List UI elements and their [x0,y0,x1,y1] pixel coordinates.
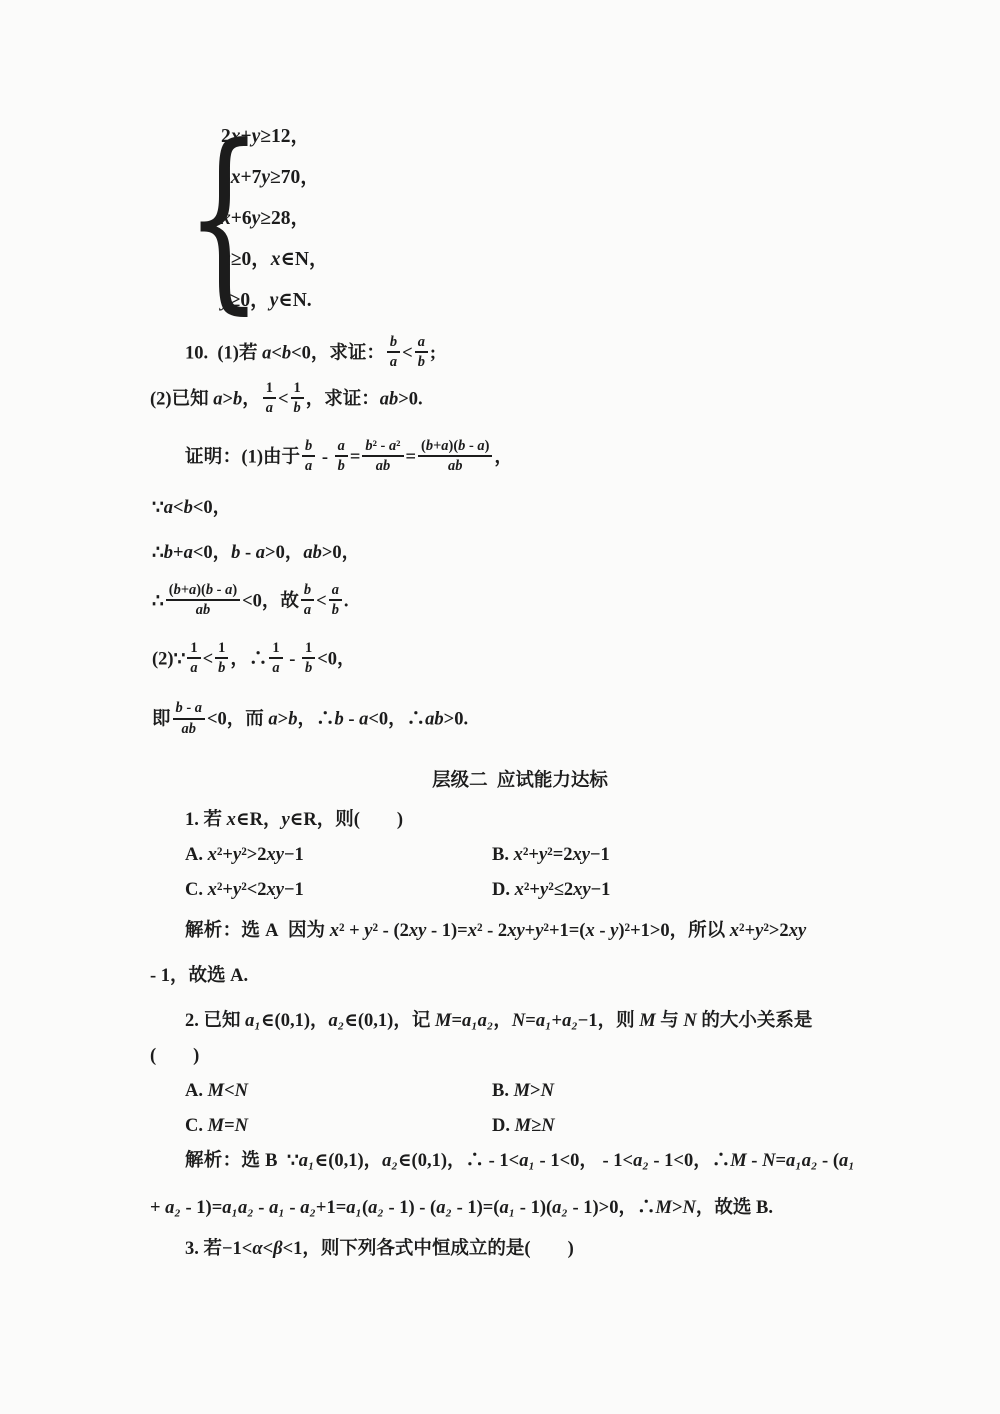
problem-10-part2: (2)已知 a>b，1a<1b，求证：ab>0. [150,381,890,419]
proof-line-5: (2)∵1a<1b，∴1a - 1b<0， [152,641,890,679]
proof-line-2: ∵a<b<0， [152,491,890,526]
q1-option-b: B. x²+y²=2xy−1 [492,838,890,873]
q1-option-c: C. x²+y²<2xy−1 [185,873,492,908]
q2-option-a: A. M<N [185,1074,492,1109]
section-header: 层级二 应试能力达标 [150,764,890,799]
left-brace-glyph: { [185,116,212,321]
q1-solution-line-2: - 1，故选 A. [150,959,890,994]
proof-line-6: 即b - aab<0，而 a>b，∴b - a<0，∴ab>0. [152,701,890,739]
q2-stem-answer-blank: ( ) [150,1039,890,1074]
q1-stem: 1. 若 x∈R，y∈R，则( ) [185,803,890,838]
q2-option-c: C. M=N [185,1109,492,1144]
q3-stem: 3. 若−1<α<β<1，则下列各式中恒成立的是( ) [185,1232,890,1267]
proof-line-1: 证明：(1)由于ba - ab=b² - a²ab=(b+a)(b - a)ab… [185,439,890,477]
q2-options-row-ab: A. M<N B. M>N [150,1074,890,1109]
q1-options-row-ab: A. x²+y²>2xy−1 B. x²+y²=2xy−1 [150,838,890,873]
q1-option-a: A. x²+y²>2xy−1 [185,838,492,873]
q2-solution-line-2: + a₂ - 1)=a₁a₂ - a₁ - a₂+1=a₁(a₂ - 1) - … [150,1191,890,1226]
q2-options-row-cd: C. M=N D. M≥N [150,1109,890,1144]
inequality-system: { 2x+y≥12， 5x+7y≥70， x+6y≥28， x≥0，x∈N， y… [183,116,890,321]
q2-stem: 2. 已知 a₁∈(0,1)，a₂∈(0,1)，记 M=a₁a₂，N=a₁+a₂… [185,1004,890,1039]
q1-solution-line-1: 解析：选 A 因为 x² + y² - (2xy - 1)=x² - 2xy+y… [185,914,890,949]
problem-10-part1: 10. (1)若 a<b<0，求证：ba<ab; [185,335,890,373]
proof-line-4: ∴(b+a)(b - a)ab<0，故ba<ab. [152,583,890,621]
q2-option-d: D. M≥N [492,1109,890,1144]
q1-option-d: D. x²+y²≤2xy−1 [492,873,890,908]
q2-option-b: B. M>N [492,1074,890,1109]
worksheet-page: { 2x+y≥12， 5x+7y≥70， x+6y≥28， x≥0，x∈N， y… [0,0,1000,1414]
proof-line-3: ∴b+a<0，b - a>0，ab>0， [152,536,890,571]
q1-options-row-cd: C. x²+y²<2xy−1 D. x²+y²≤2xy−1 [150,873,890,908]
q2-solution-line-1: 解析：选 B ∵a₁∈(0,1)，a₂∈(0,1)，∴ - 1<a₁ - 1<0… [185,1144,890,1179]
